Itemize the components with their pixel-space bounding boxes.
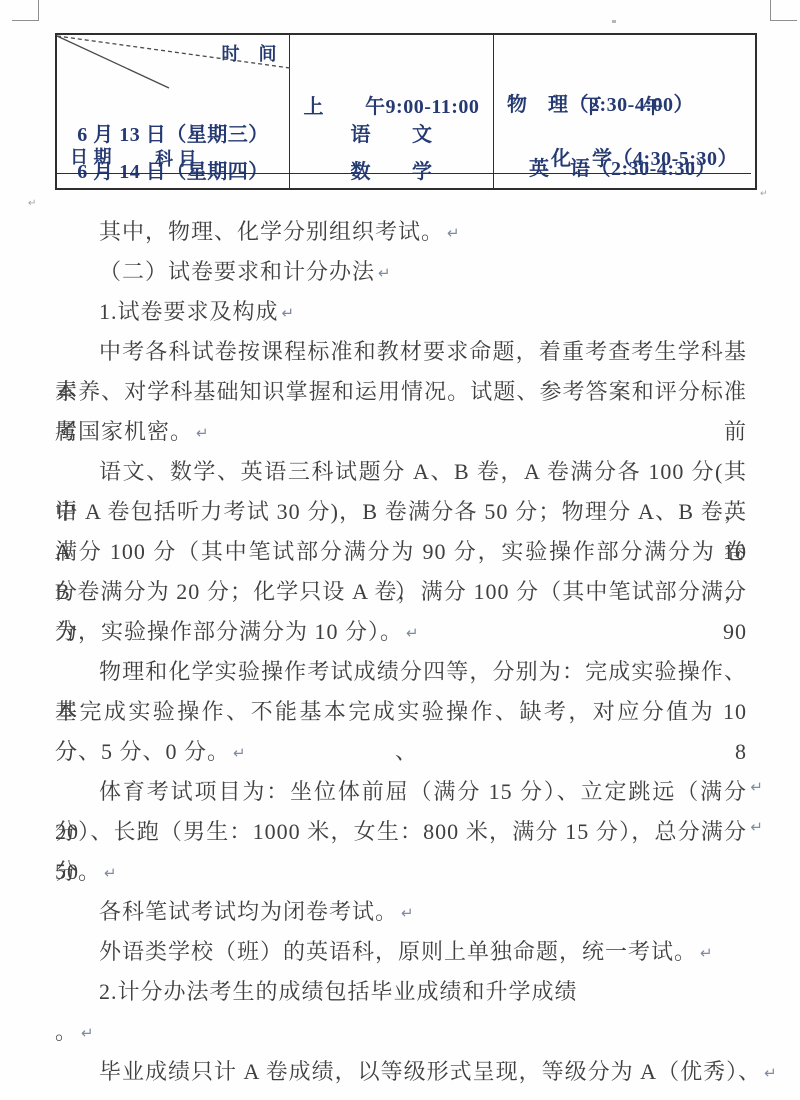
- text-line: 分，实验操作部分满分为 10 分）。↵: [55, 612, 747, 652]
- text-line: 毕业成绩只计 A 卷成绩，以等级形式呈现，等级分为 A（优秀）、↵: [55, 1052, 747, 1092]
- text-line: 物理和化学实验操作考试成绩分四等，分别为：完成实验操作、基: [55, 652, 747, 692]
- text-line: 语文、数学、英语三科试题分 A、B 卷，A 卷满分各 100 分(其中英: [55, 452, 747, 492]
- body-text: 其中，物理、化学分别组织考试。↵（二）试卷要求和计分办法↵1.试卷要求及构成↵中…: [55, 212, 747, 1092]
- left-margin-paragraph-mark-icon: ↵: [28, 198, 36, 209]
- line-text: 属国家机密。: [55, 419, 193, 444]
- line-text: 分、5 分、0 分。: [55, 739, 230, 764]
- paragraph-mark-icon: ↵: [81, 1024, 95, 1042]
- paragraph-mark-icon: ↵: [378, 264, 392, 282]
- line-text: 毕业成绩只计 A 卷成绩，以等级形式呈现，等级分为 A（优秀）、: [55, 1059, 761, 1084]
- stray-tick-mark: [612, 20, 616, 23]
- text-line: 分、5 分、0 分。↵: [55, 732, 747, 772]
- paragraph-mark-icon: ↵: [282, 304, 296, 322]
- line-text: 各科笔试考试均为闭卷考试。: [55, 899, 398, 924]
- paragraph-mark-icon: ↵: [447, 224, 461, 242]
- text-line: 分）、长跑（男生：1000 米，女生：800 米，满分 15 分），总分满分 5…: [55, 812, 747, 852]
- afternoon-lines: 英 语（2:30-4:30）: [529, 156, 716, 183]
- text-line: 。↵: [55, 1012, 747, 1052]
- line-text: 1.试卷要求及构成: [55, 299, 279, 324]
- paragraph-mark-icon: ↵: [764, 1064, 778, 1082]
- line-text: 。: [55, 1019, 78, 1044]
- corner-time-label: 时 间: [222, 40, 278, 66]
- paragraph-mark-icon: ↵: [700, 944, 714, 962]
- text-line: 分。↵: [55, 852, 747, 892]
- text-line: 体育考试项目为：坐位体前屈（满分 15 分）、立定跳远（满分 20↵: [55, 772, 747, 812]
- text-line: 其中，物理、化学分别组织考试。↵: [55, 212, 747, 252]
- paragraph-mark-icon: ↵: [196, 424, 210, 442]
- line-text: 2.计分办法考生的成绩包括毕业成绩和升学成绩: [55, 979, 578, 1004]
- text-line: 外语类学校（班）的英语科，原则上单独命题，统一考试。↵: [55, 932, 747, 972]
- text-line: 中考各科试卷按课程标准和教材要求命题，着重考查考生学科基本: [55, 332, 747, 372]
- paragraph-mark-icon: ↵: [104, 864, 118, 882]
- table-header-row: 时 间 日 期 科 目 上 午9:00-11:00 下 午: [57, 35, 755, 92]
- corner-date-label: 日 期: [70, 143, 112, 169]
- text-line: 语 A 卷包括听力考试 30 分)，B 卷满分各 50 分；物理分 A、B 卷，…: [55, 492, 747, 532]
- text-line: B 卷满分为 20 分；化学只设 A 卷，满分 100 分（其中笔试部分满分为 …: [55, 572, 747, 612]
- text-line: 2.计分办法考生的成绩包括毕业成绩和升学成绩: [55, 972, 747, 1012]
- document-page: ↵ ↵ 时 间 日 期 科 目 上 午9:00-11:00 下 午 6 月 13…: [0, 0, 800, 1100]
- text-line: 各科笔试考试均为闭卷考试。↵: [55, 892, 747, 932]
- paragraph-mark-icon: ↵: [401, 904, 415, 922]
- right-margin-paragraph-mark-icon: ↵: [760, 189, 768, 199]
- margin-corner-mark-top-left: [12, 0, 39, 21]
- line-text: 其中，物理、化学分别组织考试。: [55, 219, 444, 244]
- text-line: 满分 100 分（其中笔试部分满分为 90 分，实验操作部分满分为 10 分），: [55, 532, 747, 572]
- paragraph-mark-icon: ↵: [233, 744, 247, 762]
- paragraph-mark-icon: ↵: [750, 767, 764, 807]
- afternoon-line: 英 语（2:30-4:30）: [529, 158, 716, 180]
- text-line: 素养、对学科基础知识掌握和运用情况。试题、参考答案和评分标准考前: [55, 372, 747, 412]
- text-line: 属国家机密。↵: [55, 412, 747, 452]
- afternoon-line: 物 理（2:30-4:00）: [507, 94, 694, 116]
- text-line: （二）试卷要求和计分办法↵: [55, 252, 747, 292]
- text-line: 1.试卷要求及构成↵: [55, 292, 747, 332]
- line-text: 分。: [55, 859, 101, 884]
- paragraph-mark-icon: ↵: [406, 624, 420, 642]
- line-text: （二）试卷要求和计分办法: [55, 259, 375, 284]
- margin-corner-mark-top-right: [770, 0, 797, 21]
- text-line: 本完成实验操作、不能基本完成实验操作、缺考，对应分值为 10 分、8: [55, 692, 747, 732]
- diagonal-header-cell: 时 间 日 期 科 目: [57, 35, 290, 174]
- exam-schedule-table: 时 间 日 期 科 目 上 午9:00-11:00 下 午 6 月 13 日（星…: [55, 33, 757, 190]
- line-text: 外语类学校（班）的英语科，原则上单独命题，统一考试。: [55, 939, 697, 964]
- morning-subject-cell: 数 学: [290, 150, 494, 188]
- line-text: 分，实验操作部分满分为 10 分）。: [55, 619, 403, 644]
- paragraph-mark-icon: ↵: [750, 807, 764, 847]
- afternoon-subject-cell: 英 语（2:30-4:30）: [494, 150, 751, 188]
- corner-subject-label: 科 目: [155, 145, 197, 171]
